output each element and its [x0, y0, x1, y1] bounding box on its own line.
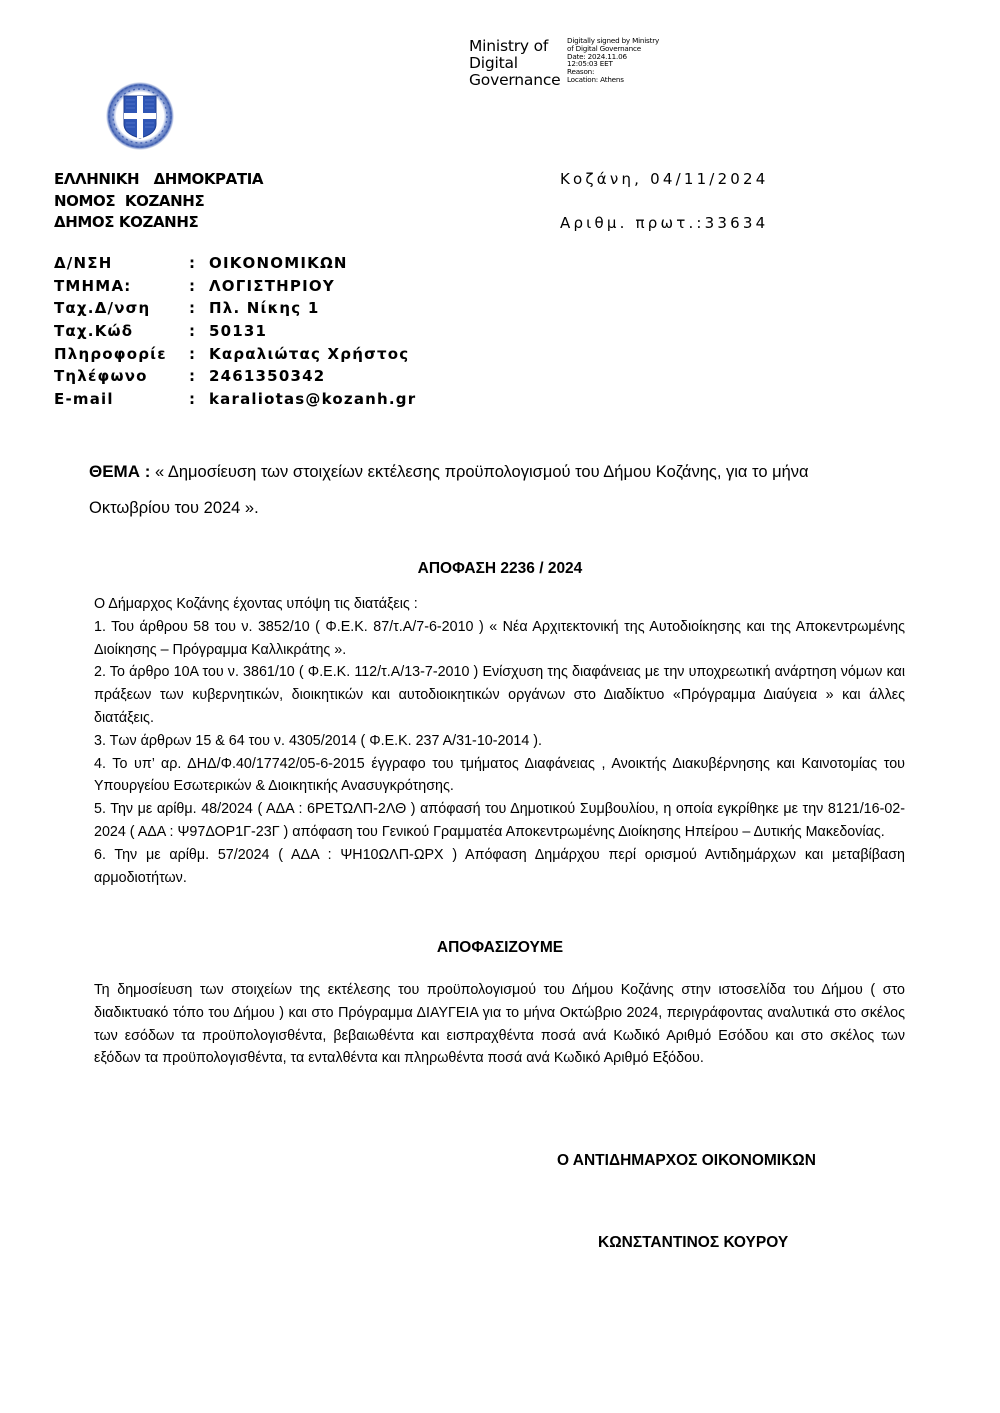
- resolution-text: Τη δημοσίευση των στοιχείων της εκτέλεση…: [94, 979, 905, 1070]
- consideration-item: 5. Την με αρίθμ. 48/2024 ( ΑΔΑ : 6ΡΕΤΩΛΠ…: [94, 798, 905, 844]
- digital-signature-details: Digitally signed by Ministry of Digital …: [567, 37, 659, 84]
- detail-row-email: E-mail : karaliotas@kozanh.gr: [54, 388, 416, 411]
- detail-value: 50131: [209, 322, 267, 340]
- detail-label: Ταχ.Κώδ: [54, 322, 189, 340]
- header-line-municipality: ΔΗΜΟΣ ΚΟΖΑΝΗΣ: [54, 212, 263, 234]
- consideration-item: 4. Το υπ’ αρ. ΔΗΔ/Φ.40/17742/05-6-2015 έ…: [94, 753, 905, 799]
- detail-value: Πλ. Νίκης 1: [209, 299, 319, 317]
- greek-coat-of-arms-icon: [104, 80, 176, 152]
- considerations: Ο Δήμαρχος Κοζάνης έχοντας υπόψη τις δια…: [94, 593, 905, 889]
- detail-row-directorate: Δ/ΝΣΗ : ΟΙΚΟΝΟΜΙΚΩΝ: [54, 252, 416, 275]
- detail-value: 2461350342: [209, 367, 325, 385]
- issuer-header: ΕΛΛΗΝΙΚΗ ΔΗΜΟΚΡΑΤΙΑ ΝΟΜΟΣ ΚΟΖΑΝΗΣ ΔΗΜΟΣ …: [54, 169, 263, 234]
- resolution-paragraph: Τη δημοσίευση των στοιχείων της εκτέλεση…: [94, 979, 905, 1070]
- detail-row-department: ΤΜΗΜΑ: : ΛΟΓΙΣΤΗΡΙΟΥ: [54, 275, 416, 298]
- detail-value: ΛΟΓΙΣΤΗΡΙΟΥ: [209, 277, 335, 295]
- detail-colon: :: [189, 277, 209, 295]
- place-date: Κοζάνη, 04/11/2024: [560, 170, 769, 188]
- subject: ΘΕΜΑ : « Δημοσίευση των στοιχείων εκτέλε…: [89, 454, 889, 526]
- ministry-line: Digital: [469, 55, 561, 72]
- detail-colon: :: [189, 322, 209, 340]
- subject-label: ΘΕΜΑ :: [89, 462, 150, 481]
- decision-title: ΑΠΟΦΑΣΗ 2236 / 2024: [0, 560, 1000, 578]
- detail-row-address: Ταχ.Δ/νση : Πλ. Νίκης 1: [54, 297, 416, 320]
- detail-row-phone: Τηλέφωνο : 2461350342: [54, 365, 416, 388]
- detail-colon: :: [189, 390, 209, 408]
- subject-text: « Δημοσίευση των στοιχείων εκτέλεσης προ…: [89, 463, 809, 517]
- ministry-line: Governance: [469, 72, 561, 89]
- consideration-item: 3. Των άρθρων 15 & 64 του ν. 4305/2014 (…: [94, 730, 905, 753]
- detail-row-contact-person: Πληροφορίε : Καραλιώτας Χρήστος: [54, 342, 416, 365]
- contact-details: Δ/ΝΣΗ : ΟΙΚΟΝΟΜΙΚΩΝ ΤΜΗΜΑ: : ΛΟΓΙΣΤΗΡΙΟΥ…: [54, 252, 416, 410]
- considerations-intro: Ο Δήμαρχος Κοζάνης έχοντας υπόψη τις δια…: [94, 593, 905, 616]
- consideration-item: 6. Την με αρίθμ. 57/2024 ( ΑΔΑ : ΨΗ10ΩΛΠ…: [94, 844, 905, 890]
- signature-detail-line: Location: Athens: [567, 76, 659, 84]
- digital-signature-ministry: Ministry of Digital Governance: [469, 38, 561, 89]
- detail-colon: :: [189, 345, 209, 363]
- header-line-republic: ΕΛΛΗΝΙΚΗ ΔΗΜΟΚΡΑΤΙΑ: [54, 169, 263, 191]
- detail-colon: :: [189, 254, 209, 272]
- detail-label: E-mail: [54, 390, 189, 408]
- detail-colon: :: [189, 367, 209, 385]
- detail-colon: :: [189, 299, 209, 317]
- detail-value: karaliotas@kozanh.gr: [209, 390, 416, 408]
- detail-label: Δ/ΝΣΗ: [54, 254, 189, 272]
- signer-title: Ο ΑΝΤΙΔΗΜΑΡΧΟΣ ΟΙΚΟΝΟΜΙΚΩΝ: [557, 1152, 816, 1170]
- consideration-item: 1. Του άρθρου 58 του ν. 3852/10 ( Φ.Ε.Κ.…: [94, 616, 905, 662]
- signer-name: ΚΩΝΣΤΑΝΤΙΝΟΣ ΚΟΥΡΟΥ: [598, 1234, 788, 1252]
- resolution-title: ΑΠΟΦΑΣΙΖΟΥΜΕ: [0, 939, 1000, 957]
- ministry-line: Ministry of: [469, 38, 561, 55]
- detail-row-postal-code: Ταχ.Κώδ : 50131: [54, 320, 416, 343]
- detail-value: Καραλιώτας Χρήστος: [209, 345, 409, 363]
- detail-value: ΟΙΚΟΝΟΜΙΚΩΝ: [209, 254, 348, 272]
- consideration-item: 2. Το άρθρο 10Α του ν. 3861/10 ( Φ.Ε.Κ. …: [94, 661, 905, 729]
- protocol-number: Αριθμ. πρωτ.:33634: [560, 214, 768, 232]
- header-line-prefecture: ΝΟΜΟΣ ΚΟΖΑΝΗΣ: [54, 191, 263, 213]
- detail-label: Πληροφορίε: [54, 345, 189, 363]
- detail-label: Ταχ.Δ/νση: [54, 299, 189, 317]
- detail-label: ΤΜΗΜΑ:: [54, 277, 189, 295]
- detail-label: Τηλέφωνο: [54, 367, 189, 385]
